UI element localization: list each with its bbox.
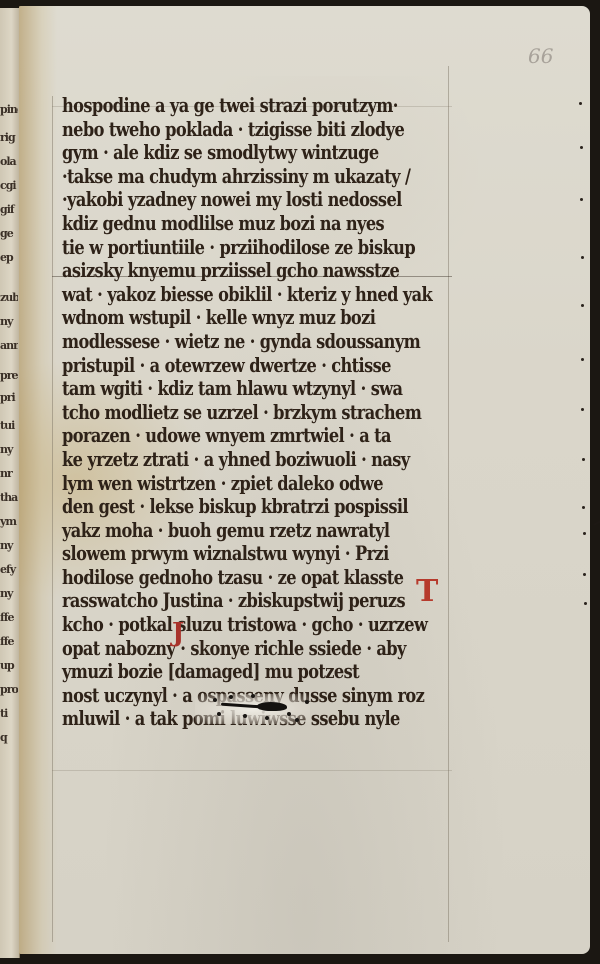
facing-line: cgi [0,180,18,192]
facing-line: zub [0,292,18,304]
pricking-mark [580,146,583,149]
pricking-mark [582,506,585,509]
facing-line: tha [0,492,18,504]
facing-line: tui [0,420,18,432]
facing-page-edge: pine rig ola cgi gif ge ep zub ny ann pr… [0,8,20,958]
pricking-mark [581,304,584,307]
facing-line: nr [0,468,18,480]
rubricated-initial-j: J [172,618,184,648]
pricking-mark [581,358,584,361]
ink-mark [593,520,600,526]
main-text-block: hospodine a ya ge twei strazi porutzym· … [62,94,482,731]
ruling-line-left [52,96,53,942]
facing-line: ge [0,228,18,240]
facing-line: ym [0,516,18,528]
facing-line: up [0,660,18,672]
pricking-mark [582,458,585,461]
facing-line: pro [0,684,18,696]
facing-line: efy [0,564,18,576]
facing-line: pri [0,392,18,404]
pricking-mark [579,102,582,105]
facing-line: ep [0,252,18,264]
ink-speck [243,714,247,718]
ink-blot [257,702,287,711]
ink-speck [287,712,291,716]
ruling-line-bottom [52,770,452,771]
ink-speck [217,712,221,716]
facing-line: ny [0,444,18,456]
facing-line: ny [0,540,18,552]
pricking-mark [583,532,586,535]
facing-line: rig [0,132,18,144]
ink-speck [229,695,233,699]
facing-line: ffe [0,636,18,648]
ink-speck [251,694,255,698]
pricking-mark [581,408,584,411]
facing-line: pre [0,370,18,382]
ink-speck [265,716,269,720]
facing-line: ny [0,316,18,328]
pricking-mark [583,573,586,576]
pricking-mark [580,198,583,201]
facing-line: ny [0,588,18,600]
facing-line: ola [0,156,18,168]
pricking-mark [581,256,584,259]
ink-speck [213,698,217,702]
facing-line: pine [0,104,18,116]
facing-line: ti [0,708,18,720]
facing-line: q [0,732,18,744]
facing-line: ann [0,340,18,352]
folio-number: 66 [528,44,553,68]
rubricated-initial-t: T [416,574,438,609]
ink-speck [305,700,309,704]
ink-smear [221,703,261,709]
ink-blot-damage [195,694,310,724]
facing-line: gif [0,204,18,216]
ink-speck [295,718,299,722]
pricking-mark [584,602,587,605]
facing-line: ffe [0,612,18,624]
